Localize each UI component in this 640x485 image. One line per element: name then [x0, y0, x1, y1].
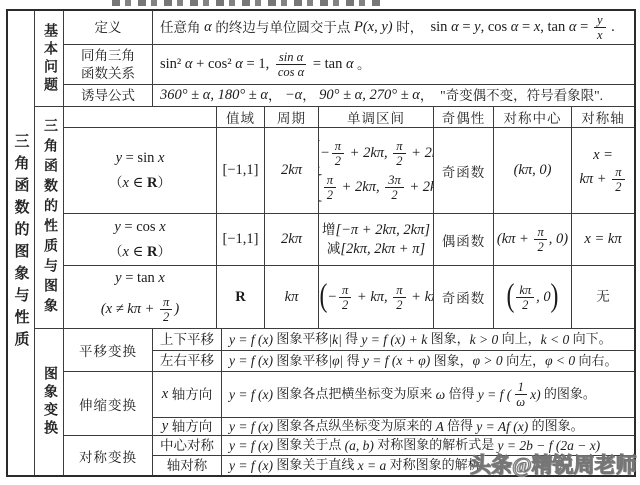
cos-period-cell: 2kπ: [264, 213, 318, 265]
header-parity: 奇偶性: [433, 107, 493, 127]
sin-monotonic-cell: 增[−π2 + 2kπ, π2 + 2kπ]减[π2 + 2kπ, 3π2 + …: [318, 127, 433, 213]
scaling-label: 伸缩变换: [64, 372, 153, 435]
cos-monotonic-cell: 增[−π + 2kπ, 2kπ]减[2kπ, 2kπ + π]: [318, 213, 433, 265]
axis-symmetry-label: 轴对称: [153, 456, 222, 475]
same-angle-label: 同角三角函数关系: [64, 45, 153, 84]
tan-parity-cell: 奇函数: [433, 265, 493, 328]
row-same-angle-relations: 同角三角函数关系 sin² α + cos² α = 1, sin αcos α…: [64, 44, 634, 84]
row-vertical-shift: 上下平移 y = f (x) 图象平移|k| 得 y = f (x) + k 图…: [153, 329, 634, 350]
definition-content: 任意角 α 的终边与单位圆交于点 P(x, y) 时， sin α = y, c…: [153, 11, 634, 44]
header-period: 周期: [264, 107, 318, 127]
vertical-shift-content: y = f (x) 图象平移|k| 得 y = f (x) + k 图象，k >…: [222, 329, 634, 350]
tan-center-cell: (kπ2, 0): [493, 265, 571, 328]
sin-parity-cell: 奇函数: [433, 127, 493, 213]
symmetry-label: 对称变换: [64, 436, 153, 475]
induction-label: 诱导公式: [64, 85, 153, 106]
horizontal-shift-content: y = f (x) 图象平移|φ| 得 y = f (x + φ) 图象，φ >…: [222, 351, 634, 371]
row-definition: 定义 任意角 α 的终边与单位圆交于点 P(x, y) 时， sin α = y…: [64, 11, 634, 44]
scaling-rows: x 轴方向 y = f (x) 图象各点把横坐标变为原来 ω 倍得 y = f …: [153, 372, 634, 435]
header-monotonic-intervals: 单调区间: [318, 107, 433, 127]
y-axis-scaling-label: y 轴方向: [153, 418, 222, 435]
cropped-text-remnant: [112, 0, 384, 6]
row-induction-formulas: 诱导公式 360° ± α, 180° ± α， −α， 90° ± α, 27…: [64, 84, 634, 106]
row-horizontal-shift: 左右平移 y = f (x) 图象平移|φ| 得 y = f (x + φ) 图…: [153, 350, 634, 371]
cos-function-cell: y = cos x（x ∈ R）: [64, 213, 216, 265]
properties-grid: 值域 周期 单调区间 奇偶性 对称中心 对称轴 y = sin x（x ∈ R）…: [64, 107, 634, 328]
basic-group-label: 基本问题: [35, 11, 64, 106]
row-x-axis-scaling: x 轴方向 y = f (x) 图象各点把横坐标变为原来 ω 倍得 y = f …: [153, 372, 634, 417]
sin-axis-cell: x =kπ + π2: [571, 127, 634, 213]
header-range: 值域: [216, 107, 264, 127]
tan-function-cell: y = tan x(x ≠ kπ + π2): [64, 265, 216, 328]
cos-range-cell: [−1,1]: [216, 213, 264, 265]
tan-range-cell: R: [216, 265, 264, 328]
x-axis-scaling-label: x 轴方向: [153, 372, 222, 417]
tan-axis-cell: 无: [571, 265, 634, 328]
properties-group-label: 三角函数的性质与图象: [35, 107, 64, 328]
induction-content: 360° ± α, 180° ± α， −α， 90° ± α, 270° ± …: [153, 85, 634, 106]
cos-parity-cell: 偶函数: [433, 213, 493, 265]
basic-rows: 定义 任意角 α 的终边与单位圆交于点 P(x, y) 时， sin α = y…: [64, 11, 634, 106]
tan-monotonic-cell: 增(−π2 + kπ, π2 + kπ): [318, 265, 433, 328]
sin-period-cell: 2kπ: [264, 127, 318, 213]
sin-center-cell: (kπ, 0): [493, 127, 571, 213]
translation-label: 平移变换: [64, 329, 153, 371]
header-symmetry-axis: 对称轴: [571, 107, 634, 127]
header-empty-cell: [64, 107, 216, 127]
point-symmetry-label: 中心对称: [153, 436, 222, 455]
y-axis-scaling-content: y = f (x) 图象各点纵坐标变为原来的 A 倍得 y = Af (x) 的…: [222, 418, 634, 435]
sin-function-cell: y = sin x（x ∈ R）: [64, 127, 216, 213]
trig-summary-table: 三角函数的图象与性质 基本问题 定义 任意角 α 的终边与单位圆交于点 P(x,…: [6, 9, 636, 477]
cos-axis-cell: x = kπ: [571, 213, 634, 265]
same-angle-content: sin² α + cos² α = 1, sin αcos α = tan α …: [153, 45, 634, 84]
translation-group: 平移变换 上下平移 y = f (x) 图象平移|k| 得 y = f (x) …: [64, 329, 634, 371]
header-symmetry-center: 对称中心: [493, 107, 571, 127]
section-basic: 基本问题 定义 任意角 α 的终边与单位圆交于点 P(x, y) 时， sin …: [35, 11, 634, 106]
row-y-axis-scaling: y 轴方向 y = f (x) 图象各点纵坐标变为原来的 A 倍得 y = Af…: [153, 417, 634, 435]
left-title-cell: 三角函数的图象与性质: [8, 11, 35, 475]
transform-group-label: 图象变换: [35, 329, 64, 475]
table-body: 基本问题 定义 任意角 α 的终边与单位圆交于点 P(x, y) 时， sin …: [35, 11, 634, 475]
page: { "title_column": "三角函数的图象与性质", "waterma…: [0, 0, 640, 485]
cos-center-cell: (kπ + π2, 0): [493, 213, 571, 265]
definition-label: 定义: [64, 11, 153, 44]
horizontal-shift-label: 左右平移: [153, 351, 222, 371]
watermark: 头条@精锐周老师: [470, 449, 637, 479]
scaling-group: 伸缩变换 x 轴方向 y = f (x) 图象各点把横坐标变为原来 ω 倍得 y…: [64, 371, 634, 435]
x-axis-scaling-content: y = f (x) 图象各点把横坐标变为原来 ω 倍得 y = f (1ωx) …: [222, 372, 634, 417]
tan-period-cell: kπ: [264, 265, 318, 328]
translation-rows: 上下平移 y = f (x) 图象平移|k| 得 y = f (x) + k 图…: [153, 329, 634, 371]
vertical-shift-label: 上下平移: [153, 329, 222, 350]
sin-range-cell: [−1,1]: [216, 127, 264, 213]
section-properties: 三角函数的性质与图象 值域 周期 单调区间 奇偶性 对称中心 对称轴 y = s…: [35, 106, 634, 328]
